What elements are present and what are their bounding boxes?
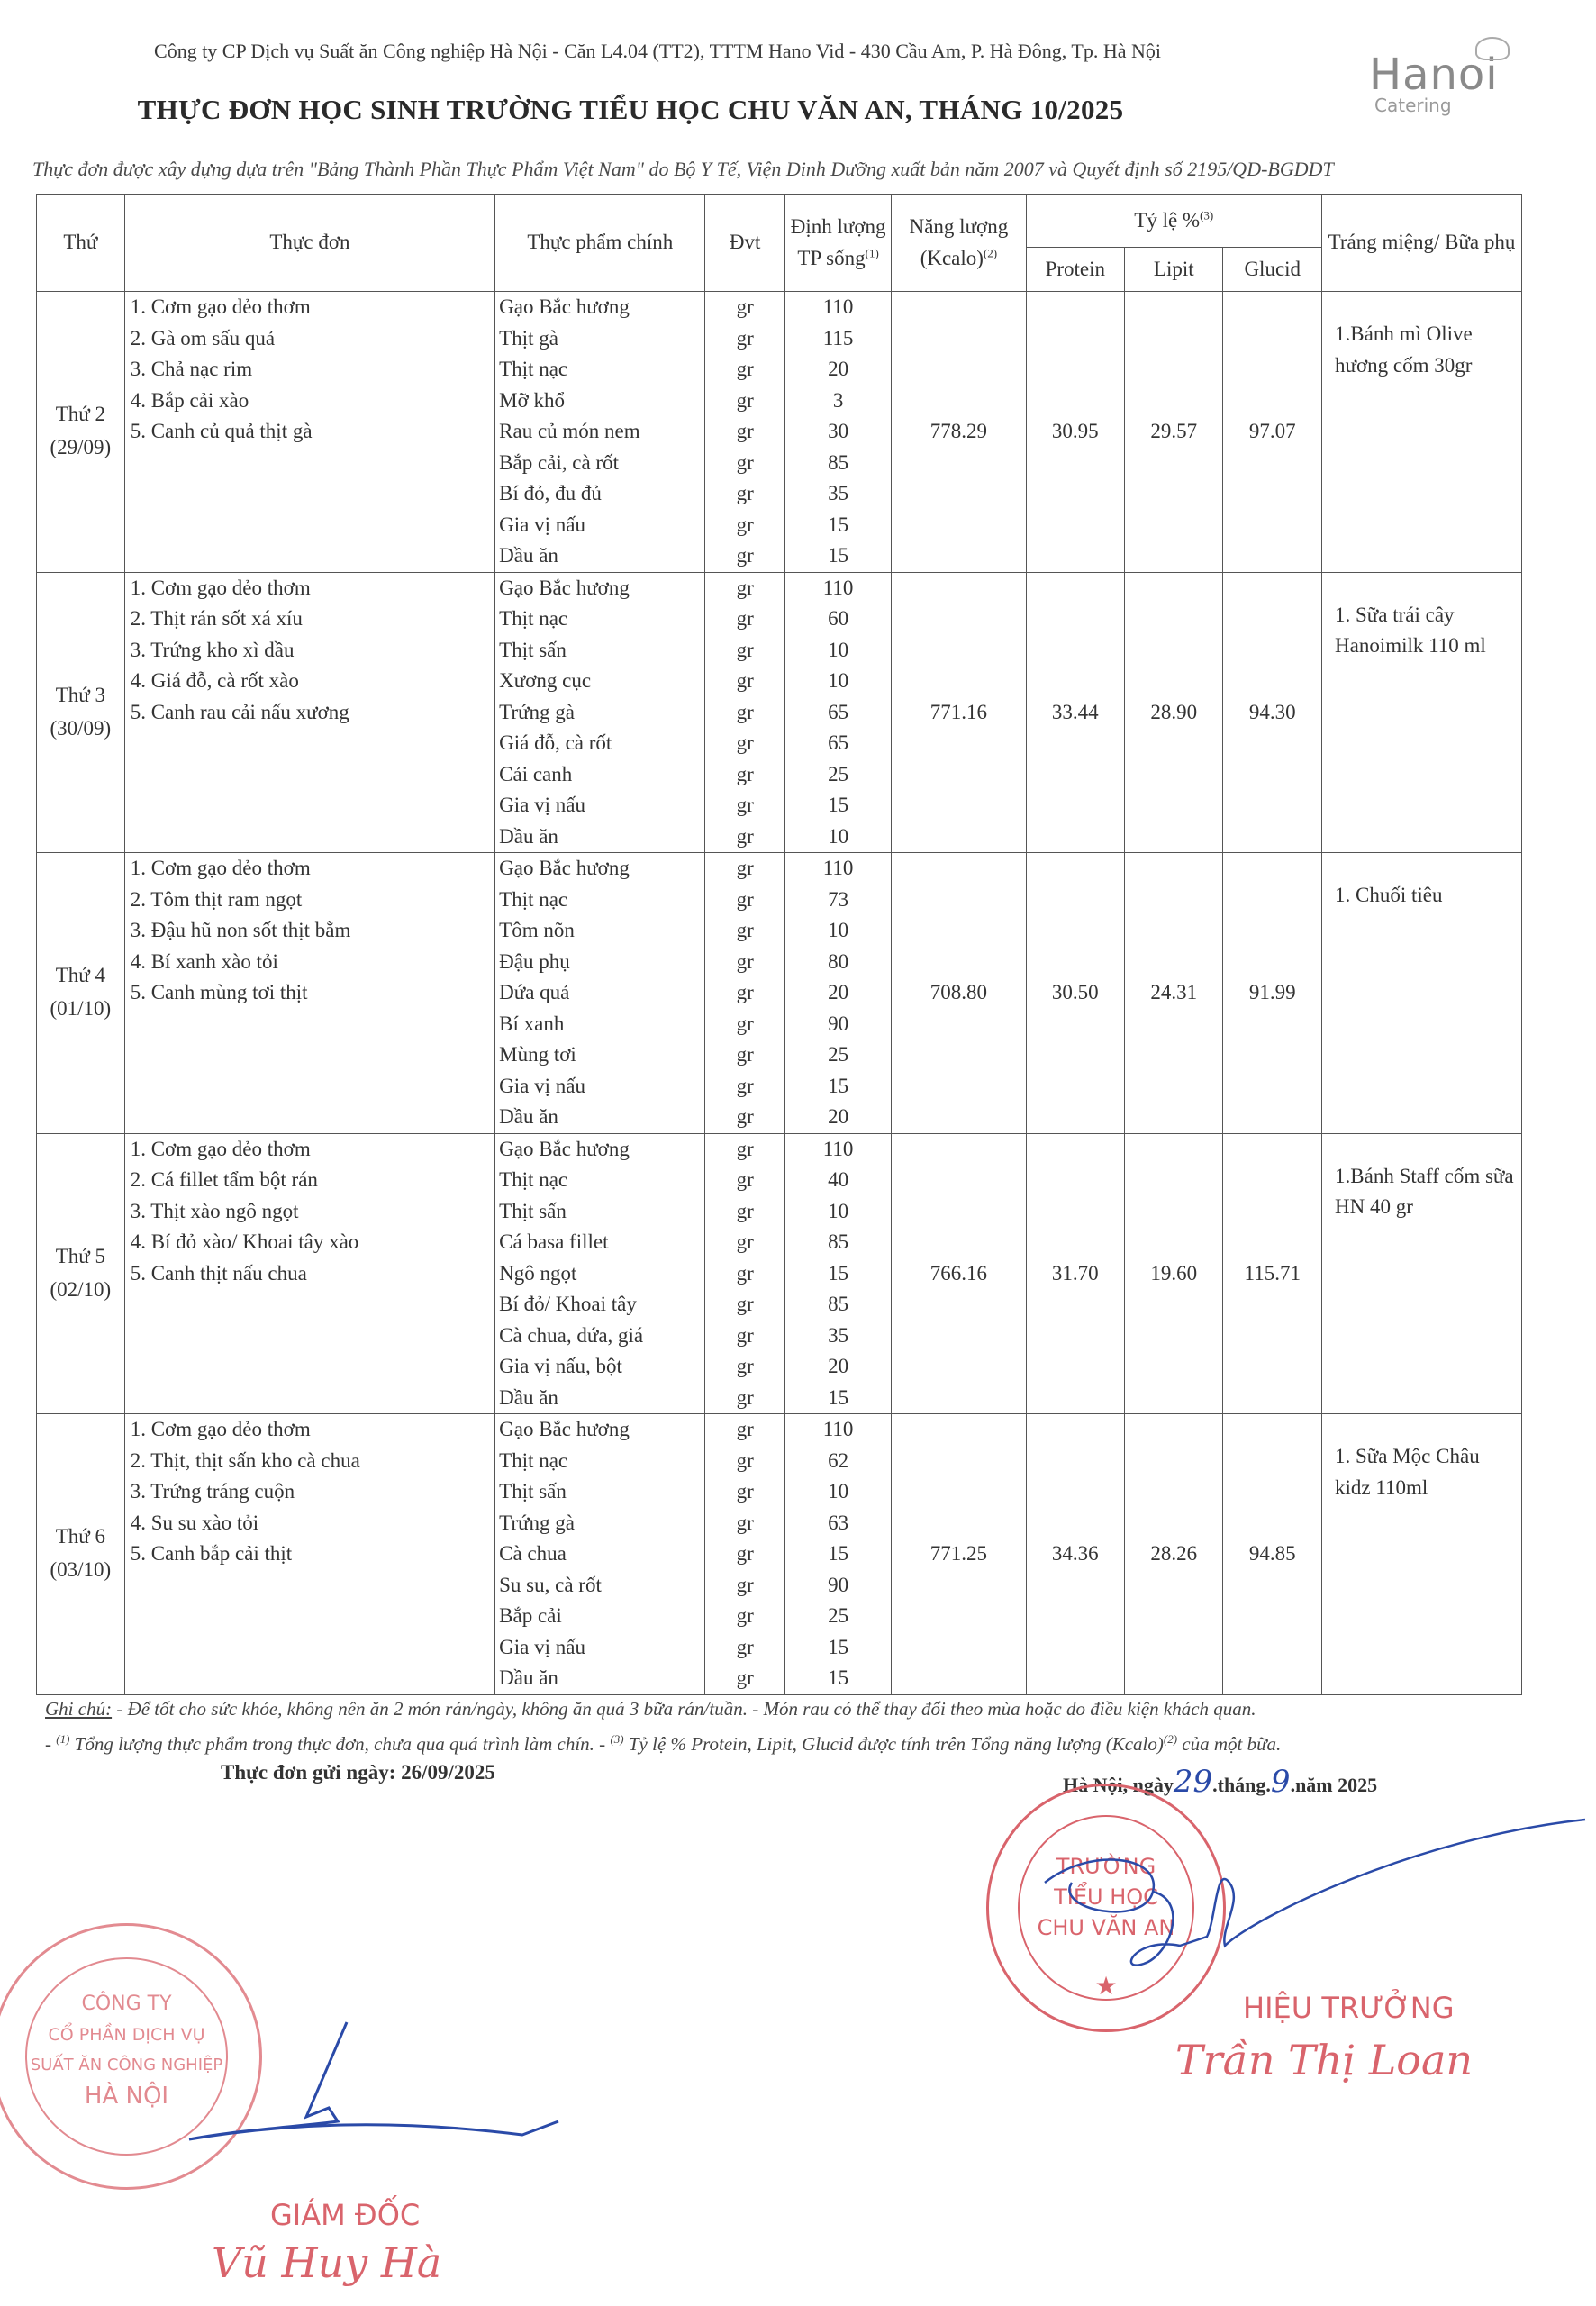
ingredient-item: Ngô ngọt — [499, 1258, 701, 1290]
quantity-item: 85 — [789, 1227, 887, 1258]
ingredient-item: Cà chua, dứa, giá — [499, 1321, 701, 1352]
col-header-lipit: Lipit — [1125, 248, 1223, 292]
unit-item: gr — [709, 885, 780, 916]
quantity-item: 3 — [789, 386, 887, 417]
page-title: THỰC ĐƠN HỌC SINH TRƯỜNG TIỂU HỌC CHU VĂ… — [0, 94, 1261, 126]
dishes-cell: 1. Cơm gạo dẻo thơm2. Cá fillet tẩm bột … — [124, 1133, 494, 1414]
units-cell: grgrgrgrgrgrgrgrgr — [705, 853, 784, 1134]
ingredient-item: Tôm nõn — [499, 915, 701, 947]
quantity-item: 15 — [789, 1258, 887, 1290]
ingredient-item: Cải canh — [499, 759, 701, 791]
unit-item: gr — [709, 1570, 780, 1602]
unit-item: gr — [709, 1632, 780, 1664]
ingredient-item: Gia vị nấu — [499, 790, 701, 822]
unit-item: gr — [709, 1227, 780, 1258]
ingredient-item: Đậu phụ — [499, 947, 701, 978]
glucid-value: 91.99 — [1223, 853, 1322, 1134]
ingredients-cell: Gạo Bắc hươngThịt gàThịt nạcMỡ khổRau củ… — [495, 292, 705, 573]
quantity-item: 35 — [789, 478, 887, 510]
ingredient-item: Trứng gà — [499, 1508, 701, 1539]
quantities-cell: 1107310802090251520 — [784, 853, 891, 1134]
unit-item: gr — [709, 1414, 780, 1446]
dish-item: 5. Canh mùng tơi thịt — [131, 977, 489, 1009]
quantity-footnote: (1) — [866, 246, 879, 259]
dish-item: 4. Giá đỗ, cà rốt xào — [131, 666, 489, 697]
ingredients-cell: Gạo Bắc hươngThịt nạcThịt sấnTrứng gàCà … — [495, 1414, 705, 1695]
dish-item: 1. Cơm gạo dẻo thơm — [131, 292, 489, 323]
quantity-item: 30 — [789, 416, 887, 448]
unit-item: gr — [709, 1258, 780, 1290]
energy-value: 771.25 — [892, 1414, 1026, 1695]
ingredient-item: Dầu ăn — [499, 822, 701, 853]
quantity-item: 15 — [789, 1383, 887, 1414]
dish-item: 1. Cơm gạo dẻo thơm — [131, 573, 489, 604]
menu-table: Thứ Thực đơn Thực phẩm chính Đvt Định lư… — [36, 194, 1522, 1695]
day-row: Thứ 3 (30/09) 1. Cơm gạo dẻo thơm2. Thịt… — [37, 572, 1522, 853]
unit-item: gr — [709, 1134, 780, 1166]
quantities-cell: 1101152033085351515 — [784, 292, 891, 573]
ingredient-item: Thịt gà — [499, 323, 701, 355]
protein-value: 31.70 — [1026, 1133, 1125, 1414]
note-text-2b: Tỷ lệ % Protein, Lipit, Glucid được tính… — [624, 1733, 1164, 1755]
notes-section: Ghi chú: - Để tốt cho sức khỏe, không nê… — [45, 1693, 1576, 1759]
dish-item: 5. Canh bắp cải thịt — [131, 1539, 489, 1570]
energy-value: 708.80 — [892, 853, 1026, 1134]
unit-item: gr — [709, 1165, 780, 1196]
energy-value: 766.16 — [892, 1133, 1026, 1414]
dessert-value: 1. Sữa trái cây Hanoimilk 110 ml — [1322, 572, 1522, 853]
quantity-item: 15 — [789, 1539, 887, 1570]
ingredient-item: Gia vị nấu — [499, 510, 701, 541]
day-label: Thứ 5 — [38, 1240, 123, 1274]
note-text-1: - Để tốt cho sức khỏe, không nên ăn 2 mó… — [112, 1698, 1256, 1720]
unit-item: gr — [709, 416, 780, 448]
unit-item: gr — [709, 478, 780, 510]
dish-item: 1. Cơm gạo dẻo thơm — [131, 853, 489, 885]
ingredient-item: Dầu ăn — [499, 1102, 701, 1133]
ingredient-item: Gạo Bắc hương — [499, 853, 701, 885]
quantity-item: 10 — [789, 822, 887, 853]
quantity-item: 20 — [789, 1351, 887, 1383]
glucid-value: 97.07 — [1223, 292, 1322, 573]
dish-item: 3. Đậu hũ non sốt thịt bằm — [131, 915, 489, 947]
glucid-value: 94.30 — [1223, 572, 1322, 853]
dish-item: 1. Cơm gạo dẻo thơm — [131, 1414, 489, 1446]
unit-item: gr — [709, 790, 780, 822]
unit-item: gr — [709, 666, 780, 697]
ingredient-item: Gạo Bắc hương — [499, 573, 701, 604]
ingredient-item: Dầu ăn — [499, 1383, 701, 1414]
col-header-glucid: Glucid — [1223, 248, 1322, 292]
unit-item: gr — [709, 1102, 780, 1133]
day-row: Thứ 5 (02/10) 1. Cơm gạo dẻo thơm2. Cá f… — [37, 1133, 1522, 1414]
quantity-item: 20 — [789, 1102, 887, 1133]
quantity-item: 10 — [789, 666, 887, 697]
quantity-item: 35 — [789, 1321, 887, 1352]
dishes-cell: 1. Cơm gạo dẻo thơm2. Thịt, thịt sấn kho… — [124, 1414, 494, 1695]
unit-item: gr — [709, 540, 780, 572]
dish-item: 4. Bí đỏ xào/ Khoai tây xào — [131, 1227, 489, 1258]
ingredient-item: Thịt nạc — [499, 1446, 701, 1477]
day-date: (01/10) — [38, 993, 123, 1026]
unit-item: gr — [709, 1383, 780, 1414]
unit-item: gr — [709, 604, 780, 635]
day-cell: Thứ 4 (01/10) — [37, 853, 125, 1134]
protein-value: 34.36 — [1026, 1414, 1125, 1695]
dish-item: 3. Trứng tráng cuộn — [131, 1476, 489, 1508]
quantity-label: Định lượng TP sống — [791, 215, 886, 269]
director-signature — [108, 2018, 576, 2144]
ingredient-item: Bí đỏ/ Khoai tây — [499, 1289, 701, 1321]
quantity-item: 110 — [789, 573, 887, 604]
ingredient-item: Thịt sấn — [499, 1196, 701, 1228]
hanoi-catering-logo: Hanoi Catering — [1369, 50, 1531, 140]
ingredient-item: Gạo Bắc hương — [499, 292, 701, 323]
day-label: Thứ 2 — [38, 398, 123, 431]
col-header-menu: Thực đơn — [124, 195, 494, 292]
footnote-1: (1) — [56, 1732, 69, 1746]
menu-table-body: Thứ 2 (29/09) 1. Cơm gạo dẻo thơm2. Gà o… — [37, 292, 1522, 1695]
day-label: Thứ 3 — [38, 679, 123, 713]
unit-item: gr — [709, 1446, 780, 1477]
day-cell: Thứ 5 (02/10) — [37, 1133, 125, 1414]
unit-item: gr — [709, 354, 780, 386]
lipit-value: 29.57 — [1125, 292, 1223, 573]
dessert-value: 1.Bánh Staff cốm sữa HN 40 gr — [1322, 1133, 1522, 1414]
dishes-cell: 1. Cơm gạo dẻo thơm2. Tôm thịt ram ngọt3… — [124, 853, 494, 1134]
energy-value: 771.16 — [892, 572, 1026, 853]
ratio-label: Tỷ lệ % — [1134, 209, 1200, 232]
col-header-energy: Năng lượng (Kcalo)(2) — [892, 195, 1026, 292]
energy-footnote: (2) — [984, 246, 997, 259]
dish-item: 5. Canh củ quả thịt gà — [131, 416, 489, 448]
ingredient-item: Dầu ăn — [499, 1663, 701, 1694]
quantity-item: 25 — [789, 1040, 887, 1071]
units-cell: grgrgrgrgrgrgrgrgr — [705, 572, 784, 853]
lipit-value: 19.60 — [1125, 1133, 1223, 1414]
ingredient-item: Bí đỏ, đu đủ — [499, 478, 701, 510]
quantity-item: 90 — [789, 1009, 887, 1040]
dessert-value: 1. Sữa Mộc Châu kidz 110ml — [1322, 1414, 1522, 1695]
ingredient-item: Bắp cải — [499, 1601, 701, 1632]
dish-item: 5. Canh thịt nấu chua — [131, 1258, 489, 1290]
dishes-cell: 1. Cơm gạo dẻo thơm2. Gà om sấu quả3. Ch… — [124, 292, 494, 573]
footnote-3: (3) — [610, 1732, 623, 1746]
quantity-item: 115 — [789, 323, 887, 355]
col-header-unit: Đvt — [705, 195, 784, 292]
units-cell: grgrgrgrgrgrgrgrgr — [705, 1133, 784, 1414]
dish-item: 2. Thịt, thịt sấn kho cà chua — [131, 1446, 489, 1477]
unit-item: gr — [709, 1663, 780, 1694]
quantity-item: 110 — [789, 1414, 887, 1446]
quantity-item: 15 — [789, 1071, 887, 1103]
day-row: Thứ 2 (29/09) 1. Cơm gạo dẻo thơm2. Gà o… — [37, 292, 1522, 573]
ingredient-item: Thịt sấn — [499, 635, 701, 667]
quantities-cell: 1106210631590251515 — [784, 1414, 891, 1695]
unit-item: gr — [709, 822, 780, 853]
lipit-value: 24.31 — [1125, 853, 1223, 1134]
ingredient-item: Xương cục — [499, 666, 701, 697]
quantity-item: 15 — [789, 540, 887, 572]
unit-item: gr — [709, 1601, 780, 1632]
quantity-item: 10 — [789, 1196, 887, 1228]
quantity-item: 110 — [789, 1134, 887, 1166]
ingredient-item: Giá đỗ, cà rốt — [499, 728, 701, 759]
quantity-item: 65 — [789, 697, 887, 729]
note-line-2: - (1) Tổng lượng thực phẩm trong thực đơ… — [45, 1724, 1576, 1759]
company-address-line: Công ty CP Dịch vụ Suất ăn Công nghiệp H… — [0, 40, 1315, 63]
unit-item: gr — [709, 635, 780, 667]
quantity-item: 15 — [789, 510, 887, 541]
col-header-dessert: Tráng miệng/ Bữa phụ — [1322, 195, 1522, 292]
unit-item: gr — [709, 386, 780, 417]
day-row: Thứ 4 (01/10) 1. Cơm gạo dẻo thơm2. Tôm … — [37, 853, 1522, 1134]
quantity-item: 20 — [789, 354, 887, 386]
day-date: (30/09) — [38, 713, 123, 746]
quantity-item: 73 — [789, 885, 887, 916]
ingredient-item: Gia vị nấu — [499, 1071, 701, 1103]
units-cell: grgrgrgrgrgrgrgrgr — [705, 292, 784, 573]
day-date: (02/10) — [38, 1274, 123, 1307]
unit-item: gr — [709, 759, 780, 791]
quantity-item: 60 — [789, 604, 887, 635]
day-date: (03/10) — [38, 1554, 123, 1587]
protein-value: 33.44 — [1026, 572, 1125, 853]
ratio-footnote: (3) — [1200, 208, 1213, 222]
ingredient-item: Thịt nạc — [499, 604, 701, 635]
protein-value: 30.95 — [1026, 292, 1125, 573]
note-text-2c: của một bữa. — [1177, 1733, 1281, 1755]
quantity-item: 25 — [789, 1601, 887, 1632]
day-row: Thứ 6 (03/10) 1. Cơm gạo dẻo thơm2. Thịt… — [37, 1414, 1522, 1695]
footnote-2: (2) — [1164, 1732, 1177, 1746]
ingredient-item: Gia vị nấu, bột — [499, 1351, 701, 1383]
quantity-item: 85 — [789, 1289, 887, 1321]
ingredient-item: Thịt nạc — [499, 885, 701, 916]
ingredient-item: Su su, cà rốt — [499, 1570, 701, 1602]
quantity-item: 25 — [789, 759, 887, 791]
ingredient-item: Bí xanh — [499, 1009, 701, 1040]
quantity-item: 85 — [789, 448, 887, 479]
ingredient-item: Gạo Bắc hương — [499, 1414, 701, 1446]
chef-hat-icon — [1475, 37, 1510, 60]
dish-item: 2. Tôm thịt ram ngọt — [131, 885, 489, 916]
dish-item: 4. Bắp cải xào — [131, 386, 489, 417]
unit-item: gr — [709, 510, 780, 541]
quantities-cell: 1104010851585352015 — [784, 1133, 891, 1414]
day-label: Thứ 6 — [38, 1521, 123, 1554]
unit-item: gr — [709, 697, 780, 729]
quantity-item: 65 — [789, 728, 887, 759]
quantity-item: 10 — [789, 915, 887, 947]
handwritten-month: 9 — [1271, 1764, 1291, 1800]
ingredients-cell: Gạo Bắc hươngThịt nạcTôm nõnĐậu phụDứa q… — [495, 853, 705, 1134]
units-cell: grgrgrgrgrgrgrgrgr — [705, 1414, 784, 1695]
director-role: GIÁM ĐỐC — [270, 2198, 420, 2232]
principal-role: HIỆU TRƯỞNG — [1243, 1991, 1455, 2025]
unit-item: gr — [709, 292, 780, 323]
unit-item: gr — [709, 573, 780, 604]
glucid-value: 115.71 — [1223, 1133, 1322, 1414]
ingredient-item: Dứa quả — [499, 977, 701, 1009]
ingredient-item: Bắp cải, cà rốt — [499, 448, 701, 479]
unit-item: gr — [709, 1351, 780, 1383]
dish-item: 3. Thịt xào ngô ngọt — [131, 1196, 489, 1228]
unit-item: gr — [709, 323, 780, 355]
notes-label: Ghi chú: — [45, 1698, 112, 1720]
director-name: Vũ Huy Hà — [212, 2238, 441, 2287]
note-text-2a: Tổng lượng thực phẩm trong thực đơn, chư… — [69, 1733, 610, 1755]
day-date: (29/09) — [38, 431, 123, 465]
unit-item: gr — [709, 1071, 780, 1103]
day-cell: Thứ 6 (03/10) — [37, 1414, 125, 1695]
dish-item: 4. Bí xanh xào tỏi — [131, 947, 489, 978]
dish-item: 4. Su su xào tỏi — [131, 1508, 489, 1539]
ingredient-item: Mùng tơi — [499, 1040, 701, 1071]
quantity-item: 40 — [789, 1165, 887, 1196]
note-line-1: Ghi chú: - Để tốt cho sức khỏe, không nê… — [45, 1693, 1576, 1724]
unit-item: gr — [709, 1196, 780, 1228]
ingredients-cell: Gạo Bắc hươngThịt nạcThịt sấnXương cụcTr… — [495, 572, 705, 853]
ingredient-item: Gia vị nấu — [499, 1632, 701, 1664]
ingredient-item: Mỡ khổ — [499, 386, 701, 417]
dish-item: 1. Cơm gạo dẻo thơm — [131, 1134, 489, 1166]
day-cell: Thứ 3 (30/09) — [37, 572, 125, 853]
menu-basis-note: Thực đơn được xây dựng dựa trên "Bảng Th… — [32, 158, 1564, 181]
handwritten-day: 29 — [1174, 1764, 1212, 1800]
quantity-item: 10 — [789, 635, 887, 667]
col-header-ratio: Tỷ lệ %(3) — [1026, 195, 1322, 248]
unit-item: gr — [709, 977, 780, 1009]
ingredient-item: Thịt nạc — [499, 354, 701, 386]
ingredient-item: Gạo Bắc hương — [499, 1134, 701, 1166]
dish-item: 2. Thịt rán sốt xá xíu — [131, 604, 489, 635]
principal-name: Trần Thị Loan — [1175, 2036, 1473, 2084]
ingredients-cell: Gạo Bắc hươngThịt nạcThịt sấnCá basa fil… — [495, 1133, 705, 1414]
quantity-item: 15 — [789, 1632, 887, 1664]
quantity-item: 80 — [789, 947, 887, 978]
col-header-ingredient: Thực phẩm chính — [495, 195, 705, 292]
energy-label: Năng lượng (Kcalo) — [910, 215, 1009, 269]
energy-value: 778.29 — [892, 292, 1026, 573]
unit-item: gr — [709, 1539, 780, 1570]
stamp-line-1: CÔNG TY — [0, 1989, 259, 2020]
dish-item: 2. Gà om sấu quả — [131, 323, 489, 355]
quantity-item: 110 — [789, 853, 887, 885]
quantities-cell: 1106010106565251510 — [784, 572, 891, 853]
unit-item: gr — [709, 728, 780, 759]
lipit-value: 28.90 — [1125, 572, 1223, 853]
unit-item: gr — [709, 448, 780, 479]
dessert-value: 1.Bánh mì Olive hương cốm 30gr — [1322, 292, 1522, 573]
menu-sent-date: Thực đơn gửi ngày: 26/09/2025 — [221, 1761, 495, 1784]
ingredient-item: Cà chua — [499, 1539, 701, 1570]
dish-item: 3. Chả nạc rim — [131, 354, 489, 386]
quantity-item: 15 — [789, 1663, 887, 1694]
unit-item: gr — [709, 1040, 780, 1071]
dish-item: 2. Cá fillet tẩm bột rán — [131, 1165, 489, 1196]
protein-value: 30.50 — [1026, 853, 1125, 1134]
ingredient-item: Trứng gà — [499, 697, 701, 729]
dish-item: 3. Trứng kho xì dầu — [131, 635, 489, 667]
unit-item: gr — [709, 853, 780, 885]
quantity-item: 62 — [789, 1446, 887, 1477]
unit-item: gr — [709, 1476, 780, 1508]
note-dash: - — [45, 1733, 56, 1755]
unit-item: gr — [709, 1508, 780, 1539]
unit-item: gr — [709, 915, 780, 947]
ingredient-item: Thịt sấn — [499, 1476, 701, 1508]
ingredient-item: Dầu ăn — [499, 540, 701, 572]
lipit-value: 28.26 — [1125, 1414, 1223, 1695]
quantity-item: 15 — [789, 790, 887, 822]
year-label: .năm 2025 — [1291, 1774, 1378, 1796]
quantity-item: 90 — [789, 1570, 887, 1602]
day-label: Thứ 4 — [38, 959, 123, 993]
quantity-item: 10 — [789, 1476, 887, 1508]
ingredient-item: Rau củ món nem — [499, 416, 701, 448]
day-cell: Thứ 2 (29/09) — [37, 292, 125, 573]
unit-item: gr — [709, 947, 780, 978]
ingredient-item: Cá basa fillet — [499, 1227, 701, 1258]
unit-item: gr — [709, 1289, 780, 1321]
col-header-protein: Protein — [1026, 248, 1125, 292]
quantity-item: 110 — [789, 292, 887, 323]
month-label: .tháng. — [1212, 1774, 1271, 1796]
col-header-quantity: Định lượng TP sống(1) — [784, 195, 891, 292]
ingredient-item: Thịt nạc — [499, 1165, 701, 1196]
quantity-item: 63 — [789, 1508, 887, 1539]
quantity-item: 20 — [789, 977, 887, 1009]
col-header-day: Thứ — [37, 195, 125, 292]
dish-item: 5. Canh rau cải nấu xương — [131, 697, 489, 729]
unit-item: gr — [709, 1321, 780, 1352]
dishes-cell: 1. Cơm gạo dẻo thơm2. Thịt rán sốt xá xí… — [124, 572, 494, 853]
glucid-value: 94.85 — [1223, 1414, 1322, 1695]
unit-item: gr — [709, 1009, 780, 1040]
principal-signature — [1036, 1829, 1594, 1982]
dessert-value: 1. Chuối tiêu — [1322, 853, 1522, 1134]
